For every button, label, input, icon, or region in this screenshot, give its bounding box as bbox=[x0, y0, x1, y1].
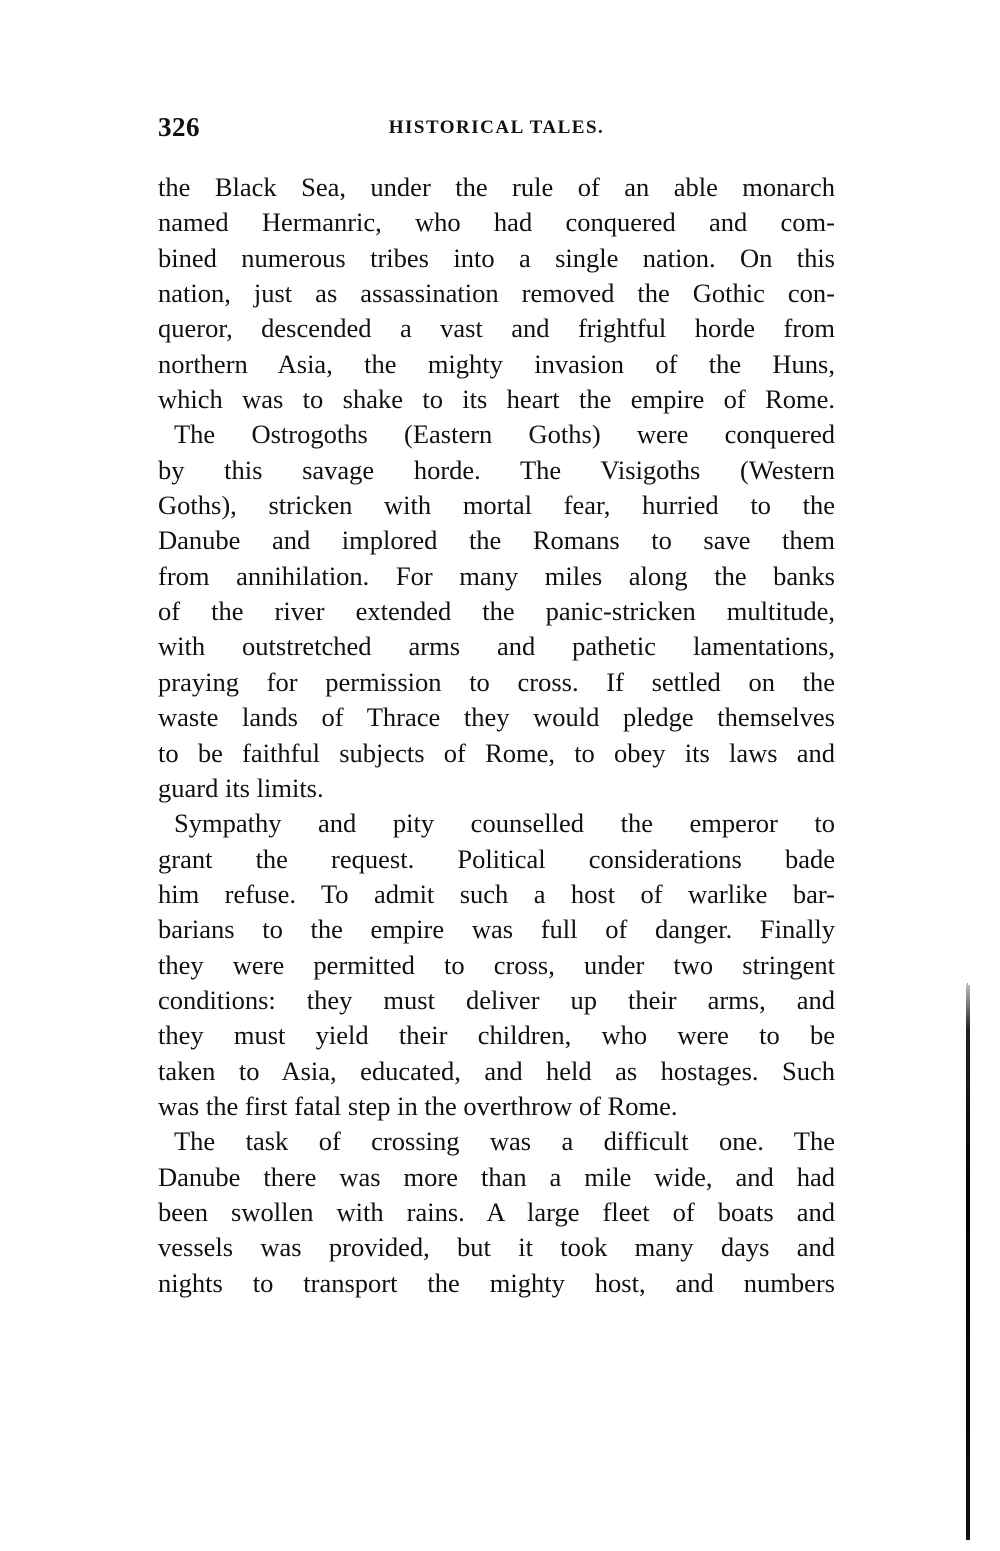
text-line: him refuse. To admit such a host of warl… bbox=[158, 877, 835, 912]
paragraph-1: the Black Sea, under the rule of an able… bbox=[158, 170, 835, 417]
text-line: Goths), stricken with mortal fear, hurri… bbox=[158, 488, 835, 523]
body-text: the Black Sea, under the rule of an able… bbox=[158, 170, 835, 1301]
text-line: was the first fatal step in the overthro… bbox=[158, 1089, 835, 1124]
text-line: they must yield their children, who were… bbox=[158, 1018, 835, 1053]
text-line: northern Asia, the mighty invasion of th… bbox=[158, 347, 835, 382]
page-header: 326 HISTORICAL TALES. bbox=[158, 112, 835, 148]
text-line: of the river extended the panic-stricken… bbox=[158, 594, 835, 629]
text-line: taken to Asia, educated, and held as hos… bbox=[158, 1054, 835, 1089]
text-line: waste lands of Thrace they would pledge … bbox=[158, 700, 835, 735]
text-line: with outstretched arms and pathetic lame… bbox=[158, 629, 835, 664]
text-line: queror, descended a vast and frightful h… bbox=[158, 311, 835, 346]
text-line: from annihilation. For many miles along … bbox=[158, 559, 835, 594]
paragraph-3: Sympathy and pity counselled the emperor… bbox=[158, 806, 835, 1124]
text-line: guard its limits. bbox=[158, 771, 835, 806]
page-edge-line bbox=[966, 985, 970, 1540]
text-line: vessels was provided, but it took many d… bbox=[158, 1230, 835, 1265]
paragraph-4: The task of crossing was a difficult one… bbox=[158, 1124, 835, 1301]
text-line: grant the request. Political considerati… bbox=[158, 842, 835, 877]
text-line: the Black Sea, under the rule of an able… bbox=[158, 170, 835, 205]
text-line: named Hermanric, who had conquered and c… bbox=[158, 205, 835, 240]
text-line: Sympathy and pity counselled the emperor… bbox=[158, 806, 835, 841]
text-line: nation, just as assassination removed th… bbox=[158, 276, 835, 311]
text-line: been swollen with rains. A large fleet o… bbox=[158, 1195, 835, 1230]
text-line: barians to the empire was full of danger… bbox=[158, 912, 835, 947]
text-line: The Ostrogoths (Eastern Goths) were conq… bbox=[158, 417, 835, 452]
text-line: by this savage horde. The Visigoths (Wes… bbox=[158, 453, 835, 488]
text-line: Danube there was more than a mile wide, … bbox=[158, 1160, 835, 1195]
text-line: conditions: they must deliver up their a… bbox=[158, 983, 835, 1018]
text-line: The task of crossing was a difficult one… bbox=[158, 1124, 835, 1159]
text-line: nights to transport the mighty host, and… bbox=[158, 1266, 835, 1301]
text-line: they were permitted to cross, under two … bbox=[158, 948, 835, 983]
text-line: bined numerous tribes into a single nati… bbox=[158, 241, 835, 276]
text-line: which was to shake to its heart the empi… bbox=[158, 382, 835, 417]
running-head: HISTORICAL TALES. bbox=[158, 117, 835, 139]
paragraph-2: The Ostrogoths (Eastern Goths) were conq… bbox=[158, 417, 835, 806]
text-line: praying for permission to cross. If sett… bbox=[158, 665, 835, 700]
text-line: to be faithful subjects of Rome, to obey… bbox=[158, 736, 835, 771]
text-line: Danube and implored the Romans to save t… bbox=[158, 523, 835, 558]
